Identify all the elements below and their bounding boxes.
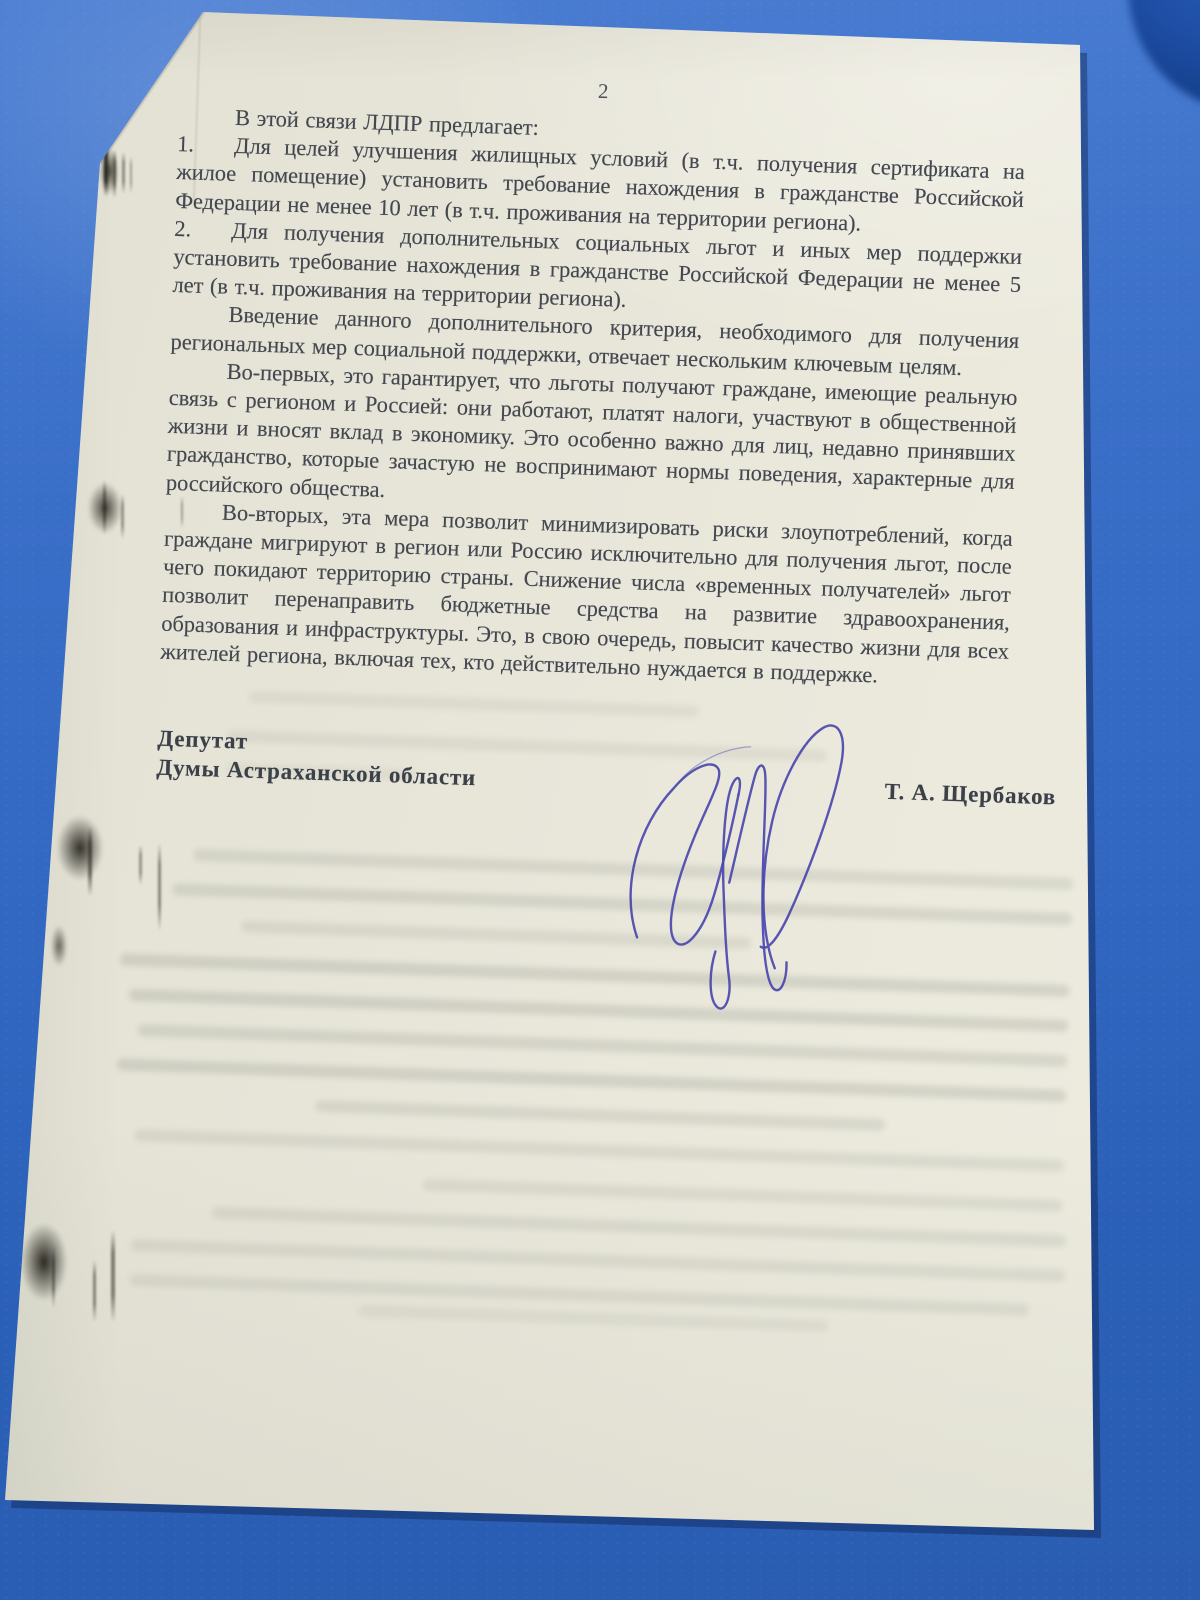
dark-blue-object (1128, 0, 1200, 110)
toner-streak (52, 1246, 55, 1308)
paragraph-firstly: Во-первых, это гарантирует, что льготы п… (166, 356, 1018, 525)
toner-streak (88, 826, 92, 896)
toner-streak (93, 1260, 96, 1322)
signer-title: Депутат Думы Астраханской области (156, 724, 477, 793)
toner-smudge (14, 1212, 74, 1312)
signer-name: Т. А. Щербаков (884, 777, 1056, 812)
toner-streak (121, 494, 124, 539)
signature-block: Депутат Думы Астраханской области Т. А. … (156, 724, 1057, 812)
page-content: 2 В этой связи ЛДПР предлагает: 1.Для це… (106, 60, 1029, 1408)
toner-smudge (48, 918, 70, 974)
paragraph-secondly: Во-вторых, эта мера позволит минимизиров… (160, 497, 1013, 694)
list-number-2: 2. (174, 215, 232, 245)
toner-streak (122, 152, 125, 194)
toner-smudge (50, 806, 110, 890)
photo-scene: 2 В этой связи ЛДПР предлагает: 1.Для це… (0, 0, 1200, 1600)
document-body: В этой связи ЛДПР предлагает: 1.Для целе… (160, 102, 1026, 694)
toner-streak (130, 156, 132, 194)
toner-streak (104, 142, 108, 197)
toner-smudge (96, 140, 122, 202)
list-number-1: 1. (177, 130, 235, 160)
document-page: 2 В этой связи ЛДПР предлагает: 1.Для це… (0, 0, 1200, 1600)
handwritten-signature (613, 711, 858, 1034)
toner-streak (103, 480, 106, 535)
toner-streak (113, 150, 116, 198)
